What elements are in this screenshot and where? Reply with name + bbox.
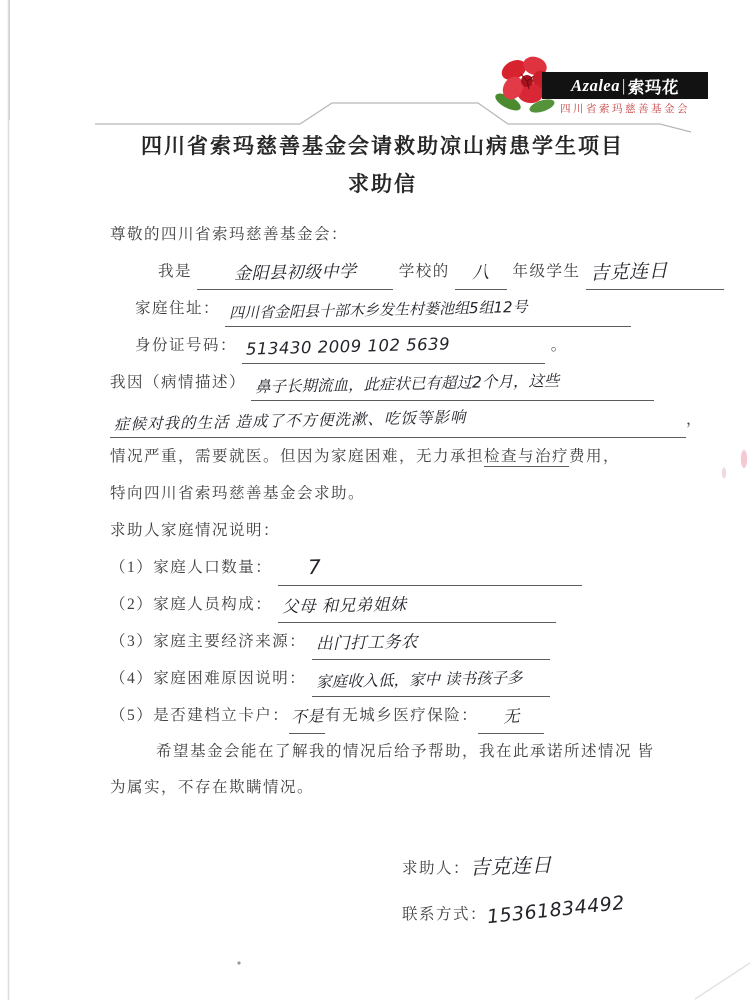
illness-handwriting-1: 鼻子长期流血，此症状已有超过2个月，这些 (255, 366, 560, 402)
illness-line2: 症候对我的生活 造成了不方便洗漱、吃饭等影响， (110, 401, 655, 438)
family-item-1-field: 7 (278, 552, 582, 586)
family-item-2-field: 父母 和兄弟姐妹 (278, 591, 556, 623)
school-handwriting: 金阳县初级中学 (234, 257, 357, 290)
letter-title-line1: 四川省索玛慈善基金会请救助凉山病患学生项目 (110, 130, 655, 163)
address-label: 家庭住址： (135, 300, 220, 317)
family-item-4: （4）家庭困难原因说明： 家庭收入低，家中 读书孩子多 (110, 660, 655, 697)
name-field: 吉克连日 (586, 257, 724, 290)
contact-label: 联系方式： (402, 906, 487, 923)
family-item-4-handwriting: 家庭收入低，家中 读书孩子多 (315, 663, 522, 697)
address-line: 家庭住址： 四川省金阳县十部木乡发生村蒌池组5组12号 (110, 290, 655, 327)
family-item-3-handwriting: 出门打工务农 (315, 627, 418, 659)
signature-handwriting: 吉克连日 (469, 843, 552, 890)
brand-separator: | (622, 76, 626, 96)
family-item-5-label2: 有无城乡医疗保险： (325, 707, 478, 724)
logo-org-name: 四川省索玛慈善基金会 (542, 101, 708, 116)
brand-name-en: Azalea (571, 76, 620, 96)
family-item-5-handwriting-a: 不是 (290, 701, 325, 733)
illness-field-line1: 鼻子长期流血，此症状已有超过2个月，这些 (251, 369, 654, 401)
student-line: 我是 金阳县初级中学 学校的 八 年级学生 吉克连日 (110, 253, 655, 290)
family-item-3: （3）家庭主要经济来源： 出门打工务农 (110, 623, 655, 660)
address-handwriting: 四川省金阳县十部木乡发生村蒌池组5组12号 (229, 292, 528, 328)
family-item-5-field-a: 不是 (289, 702, 325, 734)
illness-field-line2: 症候对我的生活 造成了不方便洗漱、吃饭等影响 (110, 406, 686, 438)
serious-paragraph-line2: 特向四川省索玛慈善基金会求助。 (110, 475, 655, 512)
grade-handwriting: 八 (472, 258, 490, 288)
serious-pre: 情况严重，需要就医。但因为家庭困难，无力承担 (110, 448, 484, 465)
illness-comma: ， (686, 411, 703, 428)
student-line-prefix: 我是 (158, 263, 192, 280)
student-line-mid: 学校的 (399, 263, 450, 280)
family-item-1: （1）家庭人口数量： 7 (110, 549, 655, 586)
family-item-1-handwriting: 7 (307, 552, 321, 582)
illness-label: 我因（病情描述） (110, 374, 246, 391)
serious-post: 费用， (569, 448, 620, 465)
pink-smudge (741, 450, 747, 468)
family-item-1-label: （1）家庭人口数量： (110, 559, 272, 576)
family-item-5-handwriting-b: 无 (502, 701, 521, 732)
id-line: 身份证号码： 513430 2009 102 5639 。 (110, 327, 655, 364)
signature-block: 求助人：吉克连日 联系方式：15361834492 (402, 844, 655, 937)
scanned-help-letter-page: Azalea|索玛花 四川省索玛慈善基金会 四川省索玛慈善基金会请救助凉山病患学… (0, 0, 750, 1000)
contact-line: 联系方式：15361834492 (402, 891, 655, 937)
letter-content: 四川省索玛慈善基金会请救助凉山病患学生项目 求助信 尊敬的四川省索玛慈善基金会：… (110, 130, 655, 937)
salutation: 尊敬的四川省索玛慈善基金会： (110, 216, 655, 253)
foundation-logo: Azalea|索玛花 四川省索玛慈善基金会 (480, 52, 715, 122)
family-item-4-label: （4）家庭困难原因说明： (110, 670, 306, 687)
id-label: 身份证号码： (135, 337, 237, 354)
illness-handwriting-2: 症候对我的生活 造成了不方便洗漱、吃饭等影响 (114, 402, 467, 439)
name-handwriting: 吉克连日 (589, 256, 668, 289)
student-line-suffix: 年级学生 (513, 263, 581, 280)
address-field: 四川省金阳县十部木乡发生村蒌池组5组12号 (225, 295, 631, 327)
letter-title-line2: 求助信 (110, 168, 655, 201)
family-item-5-field-b: 无 (478, 702, 544, 734)
id-field: 513430 2009 102 5639 (242, 332, 545, 364)
family-item-2-handwriting: 父母 和兄弟姐妹 (281, 590, 406, 623)
id-handwriting: 513430 2009 102 5639 (246, 329, 451, 364)
id-period: 。 (551, 337, 568, 354)
grade-field: 八 (455, 258, 507, 290)
family-section-title: 求助人家庭情况说明： (110, 512, 655, 549)
family-item-3-field: 出门打工务农 (312, 628, 550, 660)
logo-brand-bar: Azalea|索玛花 (542, 72, 708, 99)
family-item-5: （5）是否建档立卡户：不是有无城乡医疗保险：无 (110, 697, 655, 734)
signature-label: 求助人： (402, 860, 470, 877)
serious-paragraph-line1: 情况严重，需要就医。但因为家庭困难，无力承担检查与治疗费用， (110, 438, 655, 475)
family-item-3-label: （3）家庭主要经济来源： (110, 633, 306, 650)
closing-paragraph: 希望基金会能在了解我的情况后给予帮助，我在此承诺所述情况 皆为属实，不存在欺瞒情… (110, 734, 655, 806)
family-item-5-label: （5）是否建档立卡户： (110, 707, 289, 724)
closing-line1: 希望基金会能在了解我的情况后给予帮助，我在此承诺所述情况 (156, 743, 632, 760)
serious-underlined: 检查与治疗 (484, 448, 569, 467)
family-item-4-field: 家庭收入低，家中 读书孩子多 (312, 665, 550, 697)
pink-smudge-2 (722, 468, 726, 479)
bottom-right-corner-line (695, 963, 750, 999)
illness-line1: 我因（病情描述） 鼻子长期流血，此症状已有超过2个月，这些 (110, 364, 655, 401)
school-field: 金阳县初级中学 (197, 258, 393, 290)
ink-speck (237, 961, 240, 964)
family-item-2-label: （2）家庭人员构成： (110, 596, 272, 613)
family-item-2: （2）家庭人员构成： 父母 和兄弟姐妹 (110, 586, 655, 623)
brand-name-cn: 索玛花 (628, 74, 679, 98)
